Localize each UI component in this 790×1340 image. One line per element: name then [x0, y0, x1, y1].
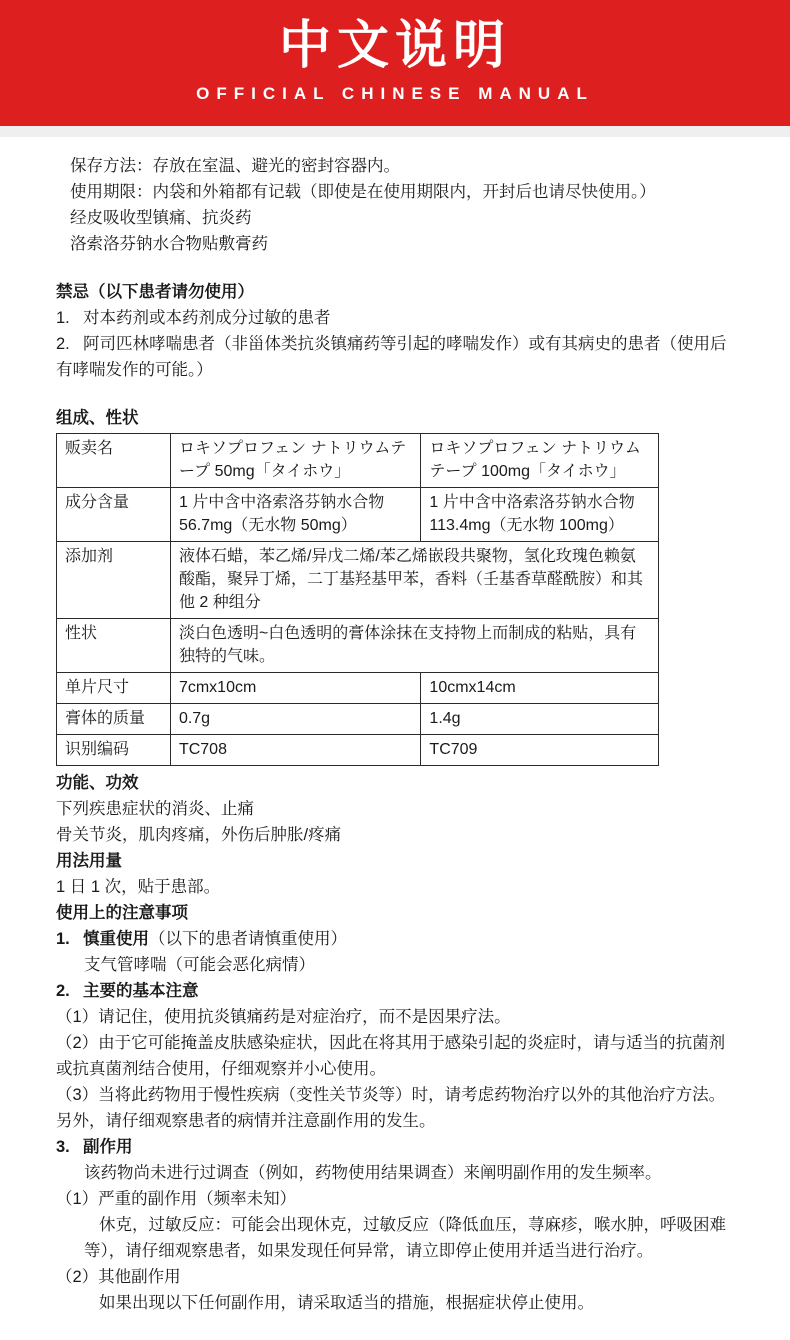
item-number: 1.	[56, 926, 83, 952]
table-row-code: 识别编码 TC708 TC709	[57, 735, 659, 766]
row-label: 膏体的质量	[57, 704, 171, 735]
item-bold-label: 主要的基本注意	[83, 982, 199, 1000]
dosage-section: 用法用量 1 日 1 次，贴于患部。	[56, 848, 732, 900]
page-title: 中文说明	[0, 14, 790, 78]
efficacy-line: 下列疾患症状的消炎、止痛	[56, 796, 732, 822]
dosage-heading: 用法用量	[56, 848, 732, 874]
side-effects-intro: 该药物尚未进行过调查（例如，药物使用结果调查）来阐明副作用的发生频率。	[56, 1160, 732, 1186]
contraindication-item: 2.阿司匹林哮喘患者（非甾体类抗炎镇痛药等引起的哮喘发作）或有其病史的患者（使用…	[56, 331, 732, 383]
cell-50mg: ロキソプロフェン ナトリウムテープ 50mg「タイホウ」	[170, 434, 420, 488]
item-number: 2.	[56, 978, 83, 1004]
precaution-item-careful-use: 1.慎重使用（以下的患者请慎重使用）	[56, 926, 732, 952]
other-side-effects-title: （2）其他副作用	[56, 1264, 732, 1290]
row-label: 性状	[57, 619, 171, 673]
precaution-item-basic-notes: 2.主要的基本注意	[56, 978, 732, 1004]
efficacy-heading: 功能、功效	[56, 770, 732, 796]
table-row-appearance: 性状 淡白色透明~白色透明的膏体涂抹在支持物上而制成的粘贴，具有独特的气味。	[57, 619, 659, 673]
table-row-mass: 膏体的质量 0.7g 1.4g	[57, 704, 659, 735]
item-text: 对本药剂或本药剂成分过敏的患者	[83, 309, 331, 327]
row-label: 识别编码	[57, 735, 171, 766]
header-banner: 中文说明 OFFICIAL CHINESE MANUAL	[0, 0, 790, 126]
storage-method-line: 保存方法：存放在室温、避光的密封容器内。	[56, 153, 732, 179]
cell-span: 淡白色透明~白色透明的膏体涂抹在支持物上而制成的粘贴，具有独特的气味。	[170, 619, 658, 673]
page-subtitle: OFFICIAL CHINESE MANUAL	[0, 84, 790, 104]
item-bold-label: 慎重使用	[83, 930, 149, 948]
contraindications-heading: 禁忌（以下患者请勿使用）	[56, 279, 732, 305]
precaution-item-side-effects: 3.副作用	[56, 1134, 732, 1160]
item-number: 2.	[56, 331, 83, 357]
storage-info-section: 保存方法：存放在室温、避光的密封容器内。 使用期限：内袋和外箱都有记载（即使是在…	[56, 153, 732, 257]
cell-50mg: 7cmx10cm	[170, 673, 420, 704]
efficacy-section: 功能、功效 下列疾患症状的消炎、止痛 骨关节炎，肌肉疼痛，外伤后肿胀/疼痛	[56, 770, 732, 848]
composition-table: 贩卖名 ロキソプロフェン ナトリウムテープ 50mg「タイホウ」 ロキソプロフェ…	[56, 433, 659, 766]
cell-span: 液体石蜡，苯乙烯/异戊二烯/苯乙烯嵌段共聚物，氢化玫瑰色赖氨酸酯，聚异丁烯，二丁…	[170, 542, 658, 619]
cell-50mg: TC708	[170, 735, 420, 766]
cell-50mg: 1 片中含中洛索洛芬钠水合物 56.7mg（无水物 50mg）	[170, 488, 420, 542]
precautions-section: 使用上的注意事项 1.慎重使用（以下的患者请慎重使用） 支气管哮喘（可能会恶化病…	[56, 900, 732, 1316]
item-text: （以下的患者请慎重使用）	[149, 930, 347, 948]
banner-divider	[0, 126, 790, 137]
composition-section: 组成、性状 贩卖名 ロキソプロフェン ナトリウムテープ 50mg「タイホウ」 ロ…	[56, 405, 732, 766]
cell-100mg: TC709	[421, 735, 659, 766]
cell-100mg: 10cmx14cm	[421, 673, 659, 704]
table-row-content: 成分含量 1 片中含中洛索洛芬钠水合物 56.7mg（无水物 50mg） 1 片…	[57, 488, 659, 542]
basic-note-point: （3）当将此药物用于慢性疾病（变性关节炎等）时，请考虑药物治疗以外的其他治疗方法…	[56, 1082, 732, 1134]
composition-heading: 组成、性状	[56, 405, 732, 431]
other-side-effects-body: 如果出现以下任何副作用，请采取适当的措施，根据症状停止使用。	[56, 1290, 732, 1316]
item-number: 1.	[56, 305, 83, 331]
careful-use-sub-line: 支气管哮喘（可能会恶化病情）	[56, 952, 732, 978]
serious-side-effects-title: （1）严重的副作用（频率未知）	[56, 1186, 732, 1212]
cell-100mg: ロキソプロフェン ナトリウムテープ 100mg「タイホウ」	[421, 434, 659, 488]
manual-page: 中文说明 OFFICIAL CHINESE MANUAL 保存方法：存放在室温、…	[0, 0, 790, 1340]
manual-content: 保存方法：存放在室温、避光的密封容器内。 使用期限：内袋和外箱都有记载（即使是在…	[0, 137, 790, 1340]
table-row-trade-name: 贩卖名 ロキソプロフェン ナトリウムテープ 50mg「タイホウ」 ロキソプロフェ…	[57, 434, 659, 488]
row-label: 单片尺寸	[57, 673, 171, 704]
efficacy-line: 骨关节炎，肌肉疼痛，外伤后肿胀/疼痛	[56, 822, 732, 848]
table-row-size: 单片尺寸 7cmx10cm 10cmx14cm	[57, 673, 659, 704]
drug-class-line: 经皮吸收型镇痛、抗炎药	[56, 205, 732, 231]
dosage-line: 1 日 1 次，贴于患部。	[56, 874, 732, 900]
cell-100mg: 1.4g	[421, 704, 659, 735]
basic-note-point: （1）请记住，使用抗炎镇痛药是对症治疗，而不是因果疗法。	[56, 1004, 732, 1030]
basic-note-point: （2）由于它可能掩盖皮肤感染症状，因此在将其用于感染引起的炎症时，请与适当的抗菌…	[56, 1030, 732, 1082]
row-label: 成分含量	[57, 488, 171, 542]
contraindication-item: 1.对本药剂或本药剂成分过敏的患者	[56, 305, 732, 331]
row-label: 贩卖名	[57, 434, 171, 488]
serious-side-effects-body: 休克，过敏反应：可能会出现休克，过敏反应（降低血压，荨麻疹，喉水肿，呼吸困难等）…	[56, 1212, 732, 1264]
precautions-heading: 使用上的注意事项	[56, 900, 732, 926]
item-bold-label: 副作用	[83, 1138, 133, 1156]
item-text: 阿司匹林哮喘患者（非甾体类抗炎镇痛药等引起的哮喘发作）或有其病史的患者（使用后有…	[56, 335, 727, 379]
item-number: 3.	[56, 1134, 83, 1160]
table-row-additives: 添加剂 液体石蜡，苯乙烯/异戊二烯/苯乙烯嵌段共聚物，氢化玫瑰色赖氨酸酯，聚异丁…	[57, 542, 659, 619]
cell-50mg: 0.7g	[170, 704, 420, 735]
drug-name-line: 洛索洛芬钠水合物贴敷膏药	[56, 231, 732, 257]
row-label: 添加剂	[57, 542, 171, 619]
expiry-line: 使用期限：内袋和外箱都有记载（即使是在使用期限内，开封后也请尽快使用。）	[56, 179, 732, 205]
cell-100mg: 1 片中含中洛索洛芬钠水合物 113.4mg（无水物 100mg）	[421, 488, 659, 542]
contraindications-section: 禁忌（以下患者请勿使用） 1.对本药剂或本药剂成分过敏的患者 2.阿司匹林哮喘患…	[56, 279, 732, 383]
